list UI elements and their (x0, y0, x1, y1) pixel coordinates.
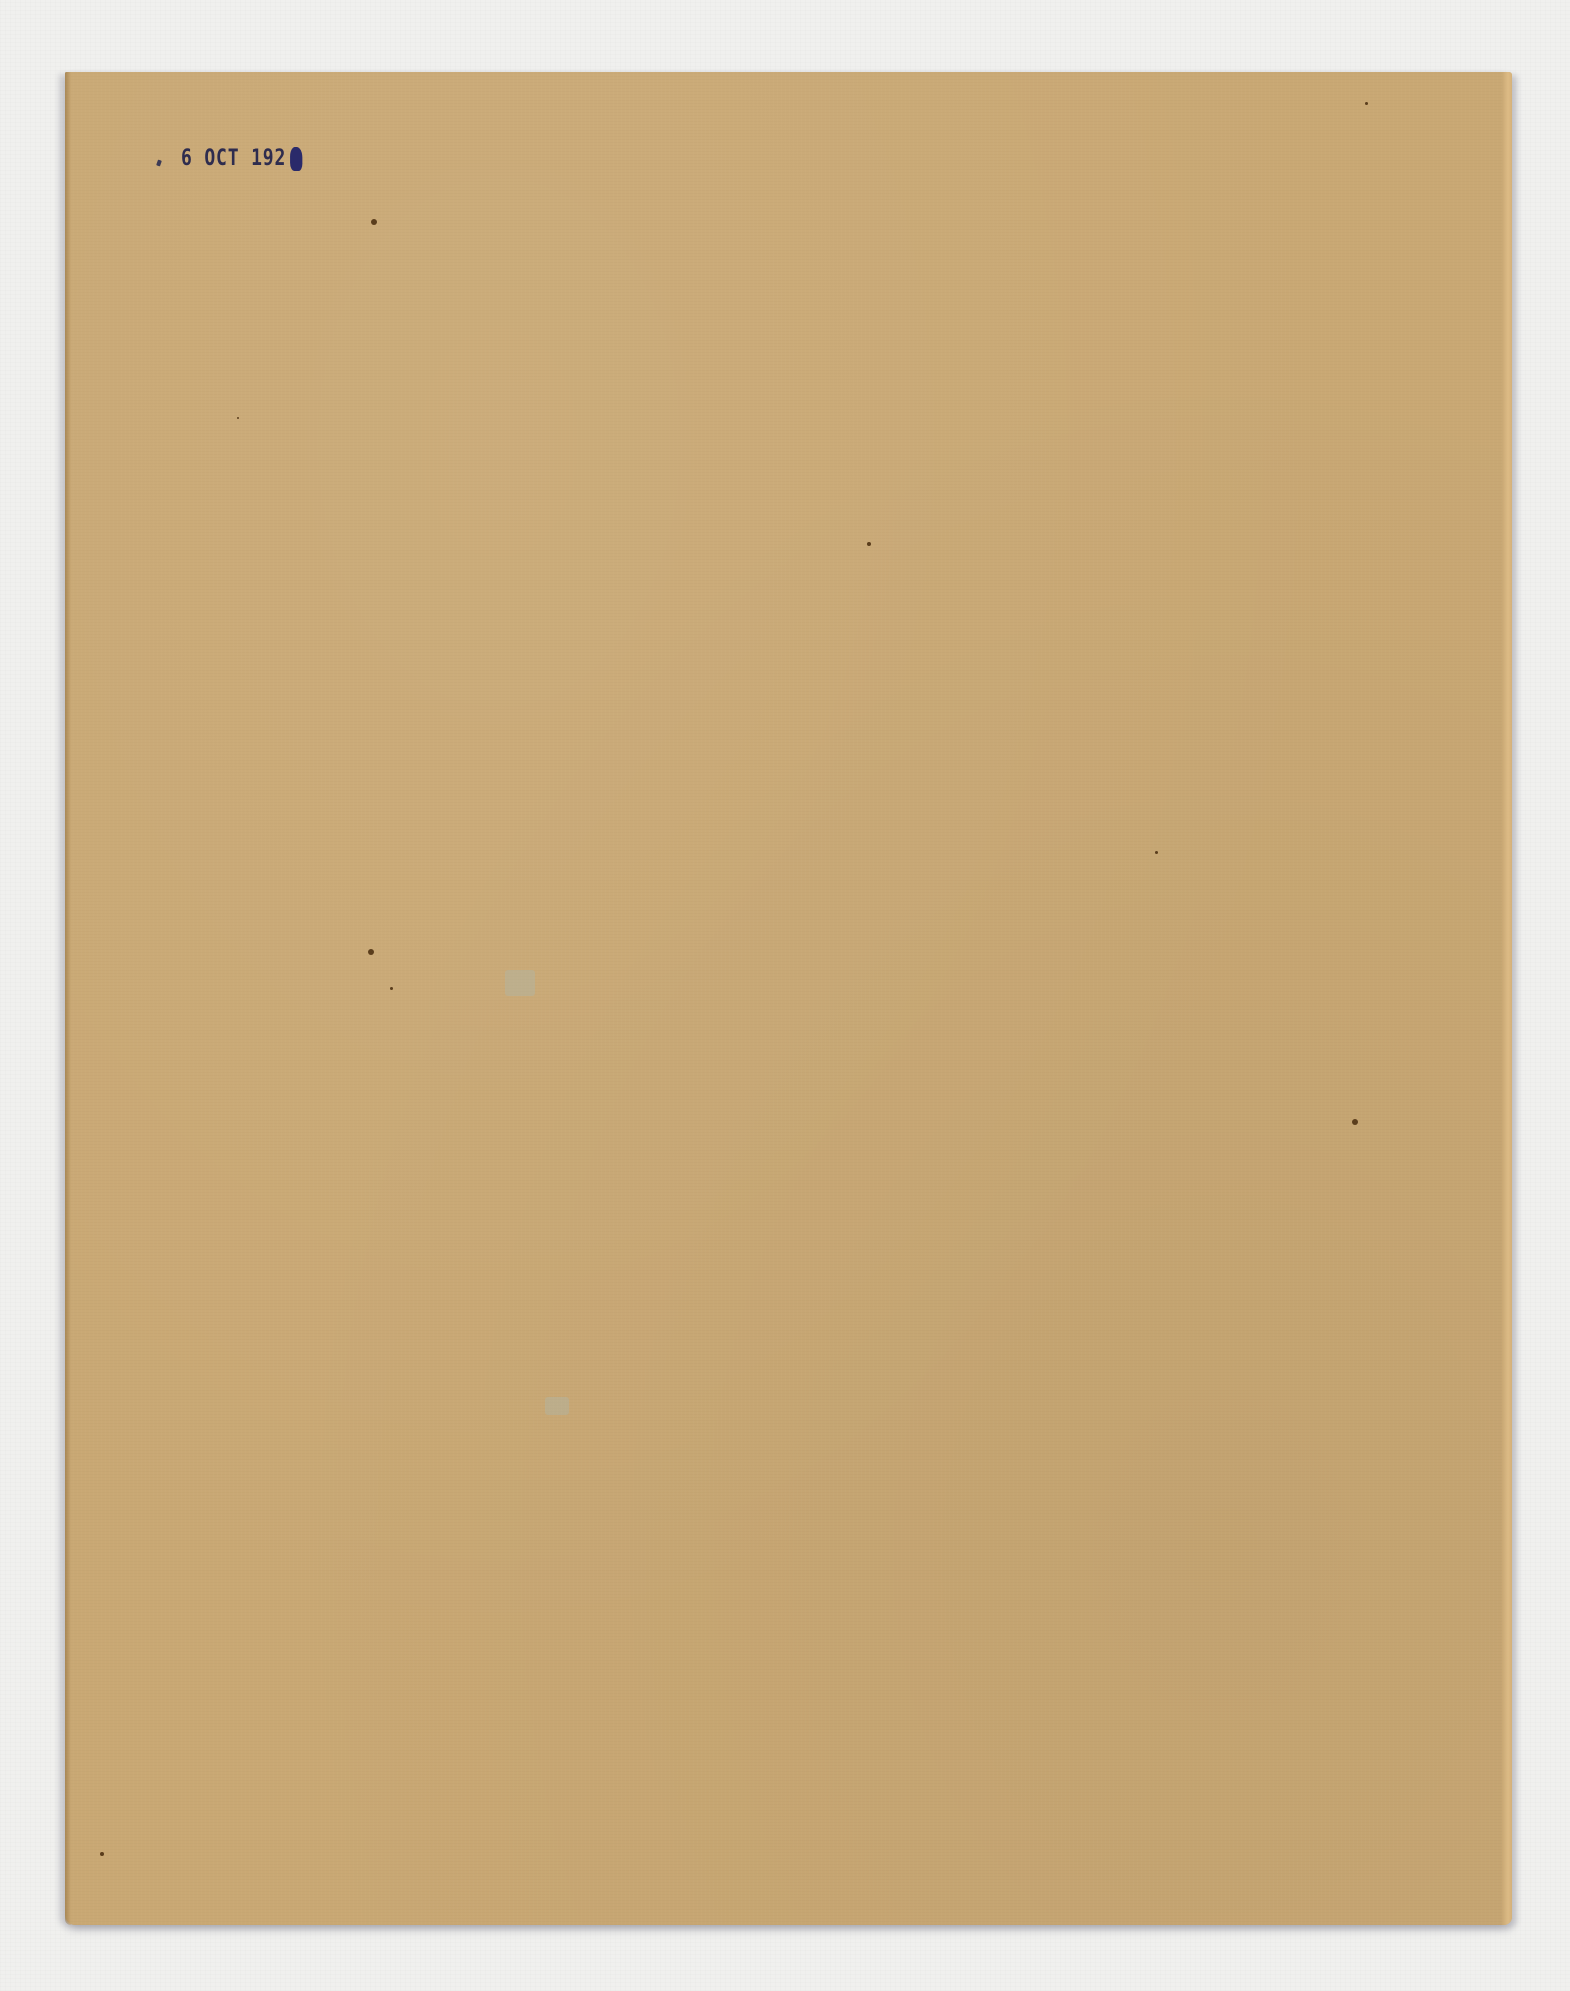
ink-smudge (290, 147, 302, 171)
paper-speck (867, 542, 871, 546)
paper-speck (371, 219, 377, 225)
date-stamp-value: 6 OCT 192 (181, 146, 286, 171)
paper-speck (390, 987, 393, 990)
paper-speck (1155, 851, 1158, 854)
paper-speck (368, 949, 374, 955)
paper-speck (1365, 102, 1368, 105)
stamp-mark (156, 159, 162, 166)
document-page: 6 OCT 192 (65, 72, 1512, 1925)
paper-speck (237, 417, 239, 419)
date-stamp-text: 6 OCT 192 (181, 146, 286, 171)
paper-speck (1352, 1119, 1358, 1125)
faint-stain (505, 970, 535, 996)
date-stamp: 6 OCT 192 (157, 146, 309, 171)
faint-stain (545, 1397, 569, 1415)
paper-speck (100, 1852, 104, 1856)
